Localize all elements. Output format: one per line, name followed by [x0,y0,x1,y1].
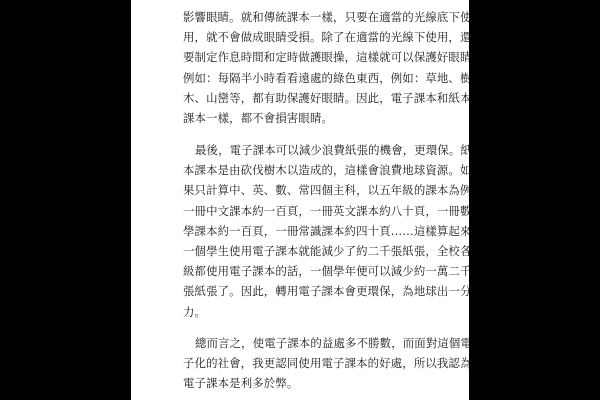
text-line: 果只計算中、英、數、常四個主科，以五年級的課本為例： [183,180,469,200]
text-line: 張紙張了。因此，轉用電子課本會更環保，為地球出一分 [183,281,469,301]
text-line: 一個學生使用電子課本就能減少了約二千張紙張，全校各 [183,241,469,261]
text-line: 木、山巒等，都有助保護好眼睛。因此，電子課本和紙本 [183,88,469,108]
text-line: 本課本是由砍伐樹木以造成的，這樣會浪費地球資源。如 [183,160,469,180]
text-line: 最後，電子課本可以減少浪費紙張的機會，更環保。紙 [183,140,469,160]
document-page: 影響眼睛。就和傳統課本一樣，只要在適當的光線底下使 用，就不會做成眼睛受損。除了… [131,0,469,400]
text-line: 子化的社會，我更認同使用電子課本的好處，所以我認為 [183,353,469,373]
text-line: 例如：每隔半小時看看遠處的綠色東西，例如：草地、樹 [183,68,469,88]
paragraph-eye-health: 影響眼睛。就和傳統課本一樣，只要在適當的光線底下使 用，就不會做成眼睛受損。除了… [183,7,469,128]
text-line: 總而言之，使電子課本的益處多不勝數，而面對這個電 [183,333,469,353]
text-line: 要制定作息時間和定時做護眼操，這樣就可以保護好眼睛。 [183,47,469,67]
text-line: 學課本約一百頁，一冊常識課本約四十頁……這樣算起來 [183,221,469,241]
text-line: 用，就不會做成眼睛受損。除了在適當的光線下使用，還 [183,27,469,47]
text-line: 影響眼睛。就和傳統課本一樣，只要在適當的光線底下使 [183,7,469,27]
text-line: 一冊中文課本約一百頁，一冊英文課本約八十頁，一冊數 [183,201,469,221]
text-line: 電子課本是利多於弊。 [183,373,469,393]
text-line: 力。 [183,302,469,322]
paragraph-environment: 最後，電子課本可以減少浪費紙張的機會，更環保。紙 本課本是由砍伐樹木以造成的，這… [183,140,469,322]
paragraph-conclusion: 總而言之，使電子課本的益處多不勝數，而面對這個電 子化的社會，我更認同使用電子課… [183,333,469,394]
text-line: 課本一樣，都不會損害眼睛。 [183,108,469,128]
text-line: 級都使用電子課本的話，一個學年便可以減少約一萬二千 [183,261,469,281]
